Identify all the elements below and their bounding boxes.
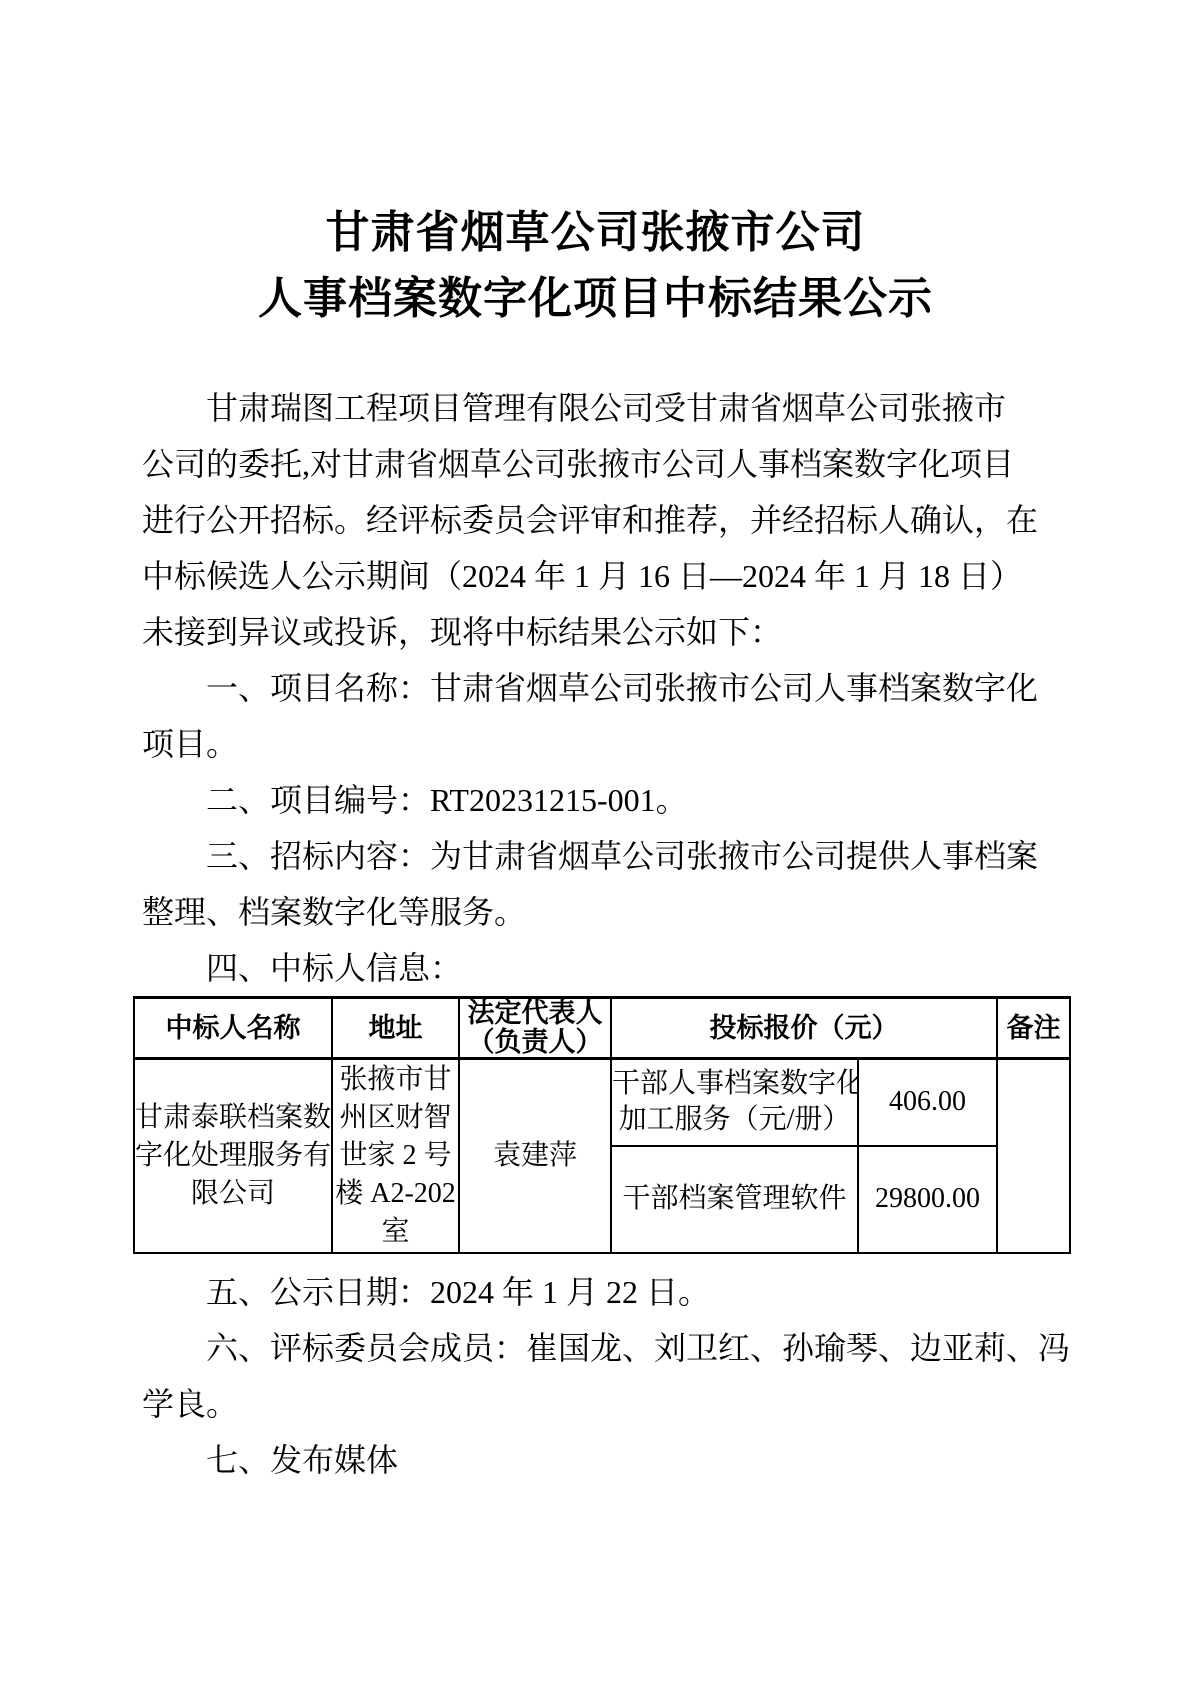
section-1-project-name: 一、项目名称：甘肃省烟草公司张掖市公司人事档案数字化 — [142, 660, 1072, 716]
intro-line: 中标候选人公示期间（2024 年 1 月 16 日—2024 年 1 月 18 … — [142, 548, 1072, 604]
intro-line: 甘肃瑞图工程项目管理有限公司受甘肃省烟草公司张掖市 — [142, 380, 1072, 436]
document-title: 甘肃省烟草公司张掖市公司 人事档案数字化项目中标结果公示 — [0, 200, 1191, 332]
closing-sections: 五、公示日期：2024 年 1 月 22 日。 六、评标委员会成员：崔国龙、刘卫… — [142, 1264, 1072, 1488]
bid-item-2-cell: 干部档案管理软件 — [611, 1146, 858, 1253]
intro-line: 进行公开招标。经评标委员会评审和推荐，并经招标人确认，在 — [142, 492, 1072, 548]
section-6-committee-members: 学良。 — [142, 1376, 1072, 1432]
winner-info-table: 中标人名称 地址 法定代表人 （负责人） 投标报价（元） 备注 甘肃泰联档案数 … — [133, 996, 1071, 1254]
section-3-bid-content: 三、招标内容：为甘肃省烟草公司张掖市公司提供人事档案 — [142, 828, 1072, 884]
table-header-row: 中标人名称 地址 法定代表人 （负责人） 投标报价（元） 备注 — [134, 998, 1070, 1059]
document-title-line-2: 人事档案数字化项目中标结果公示 — [0, 266, 1191, 332]
header-remark: 备注 — [997, 998, 1070, 1059]
header-bid-price: 投标报价（元） — [611, 998, 997, 1059]
header-winner-name: 中标人名称 — [134, 998, 332, 1059]
bid-price-2-cell: 29800.00 — [858, 1146, 997, 1253]
section-4-winner-info-heading: 四、中标人信息： — [142, 940, 1072, 996]
header-legal-representative: 法定代表人 （负责人） — [459, 998, 611, 1059]
section-3-bid-content: 整理、档案数字化等服务。 — [142, 884, 1072, 940]
section-6-committee-members: 六、评标委员会成员：崔国龙、刘卫红、孙瑜琴、边亚莉、冯 — [142, 1320, 1072, 1376]
document-body: 甘肃瑞图工程项目管理有限公司受甘肃省烟草公司张掖市 公司的委托,对甘肃省烟草公司… — [142, 380, 1072, 1488]
header-address: 地址 — [332, 998, 459, 1059]
bid-item-1-cell: 干部人事档案数字化 加工服务（元/册） — [611, 1059, 858, 1146]
winner-name-cell: 甘肃泰联档案数 字化处理服务有 限公司 — [134, 1059, 332, 1253]
address-cell: 张掖市甘 州区财智 世家 2 号 楼 A2-202 室 — [332, 1059, 459, 1253]
section-1-project-name: 项目。 — [142, 716, 1072, 772]
legal-representative-cell: 袁建萍 — [459, 1059, 611, 1253]
intro-line: 公司的委托,对甘肃省烟草公司张掖市公司人事档案数字化项目 — [142, 436, 1072, 492]
bid-price-1-cell: 406.00 — [858, 1059, 997, 1146]
table-row: 甘肃泰联档案数 字化处理服务有 限公司 张掖市甘 州区财智 世家 2 号 楼 A… — [134, 1059, 1070, 1146]
remark-cell — [997, 1059, 1070, 1253]
section-7-publishing-media: 七、发布媒体 — [142, 1432, 1072, 1488]
document-title-line-1: 甘肃省烟草公司张掖市公司 — [0, 200, 1191, 266]
section-5-announcement-date: 五、公示日期：2024 年 1 月 22 日。 — [142, 1264, 1072, 1320]
section-2-project-number: 二、项目编号：RT20231215-001。 — [142, 772, 1072, 828]
document-page: 甘肃省烟草公司张掖市公司 人事档案数字化项目中标结果公示 甘肃瑞图工程项目管理有… — [0, 0, 1191, 1684]
intro-line: 未接到异议或投诉，现将中标结果公示如下： — [142, 604, 1072, 660]
